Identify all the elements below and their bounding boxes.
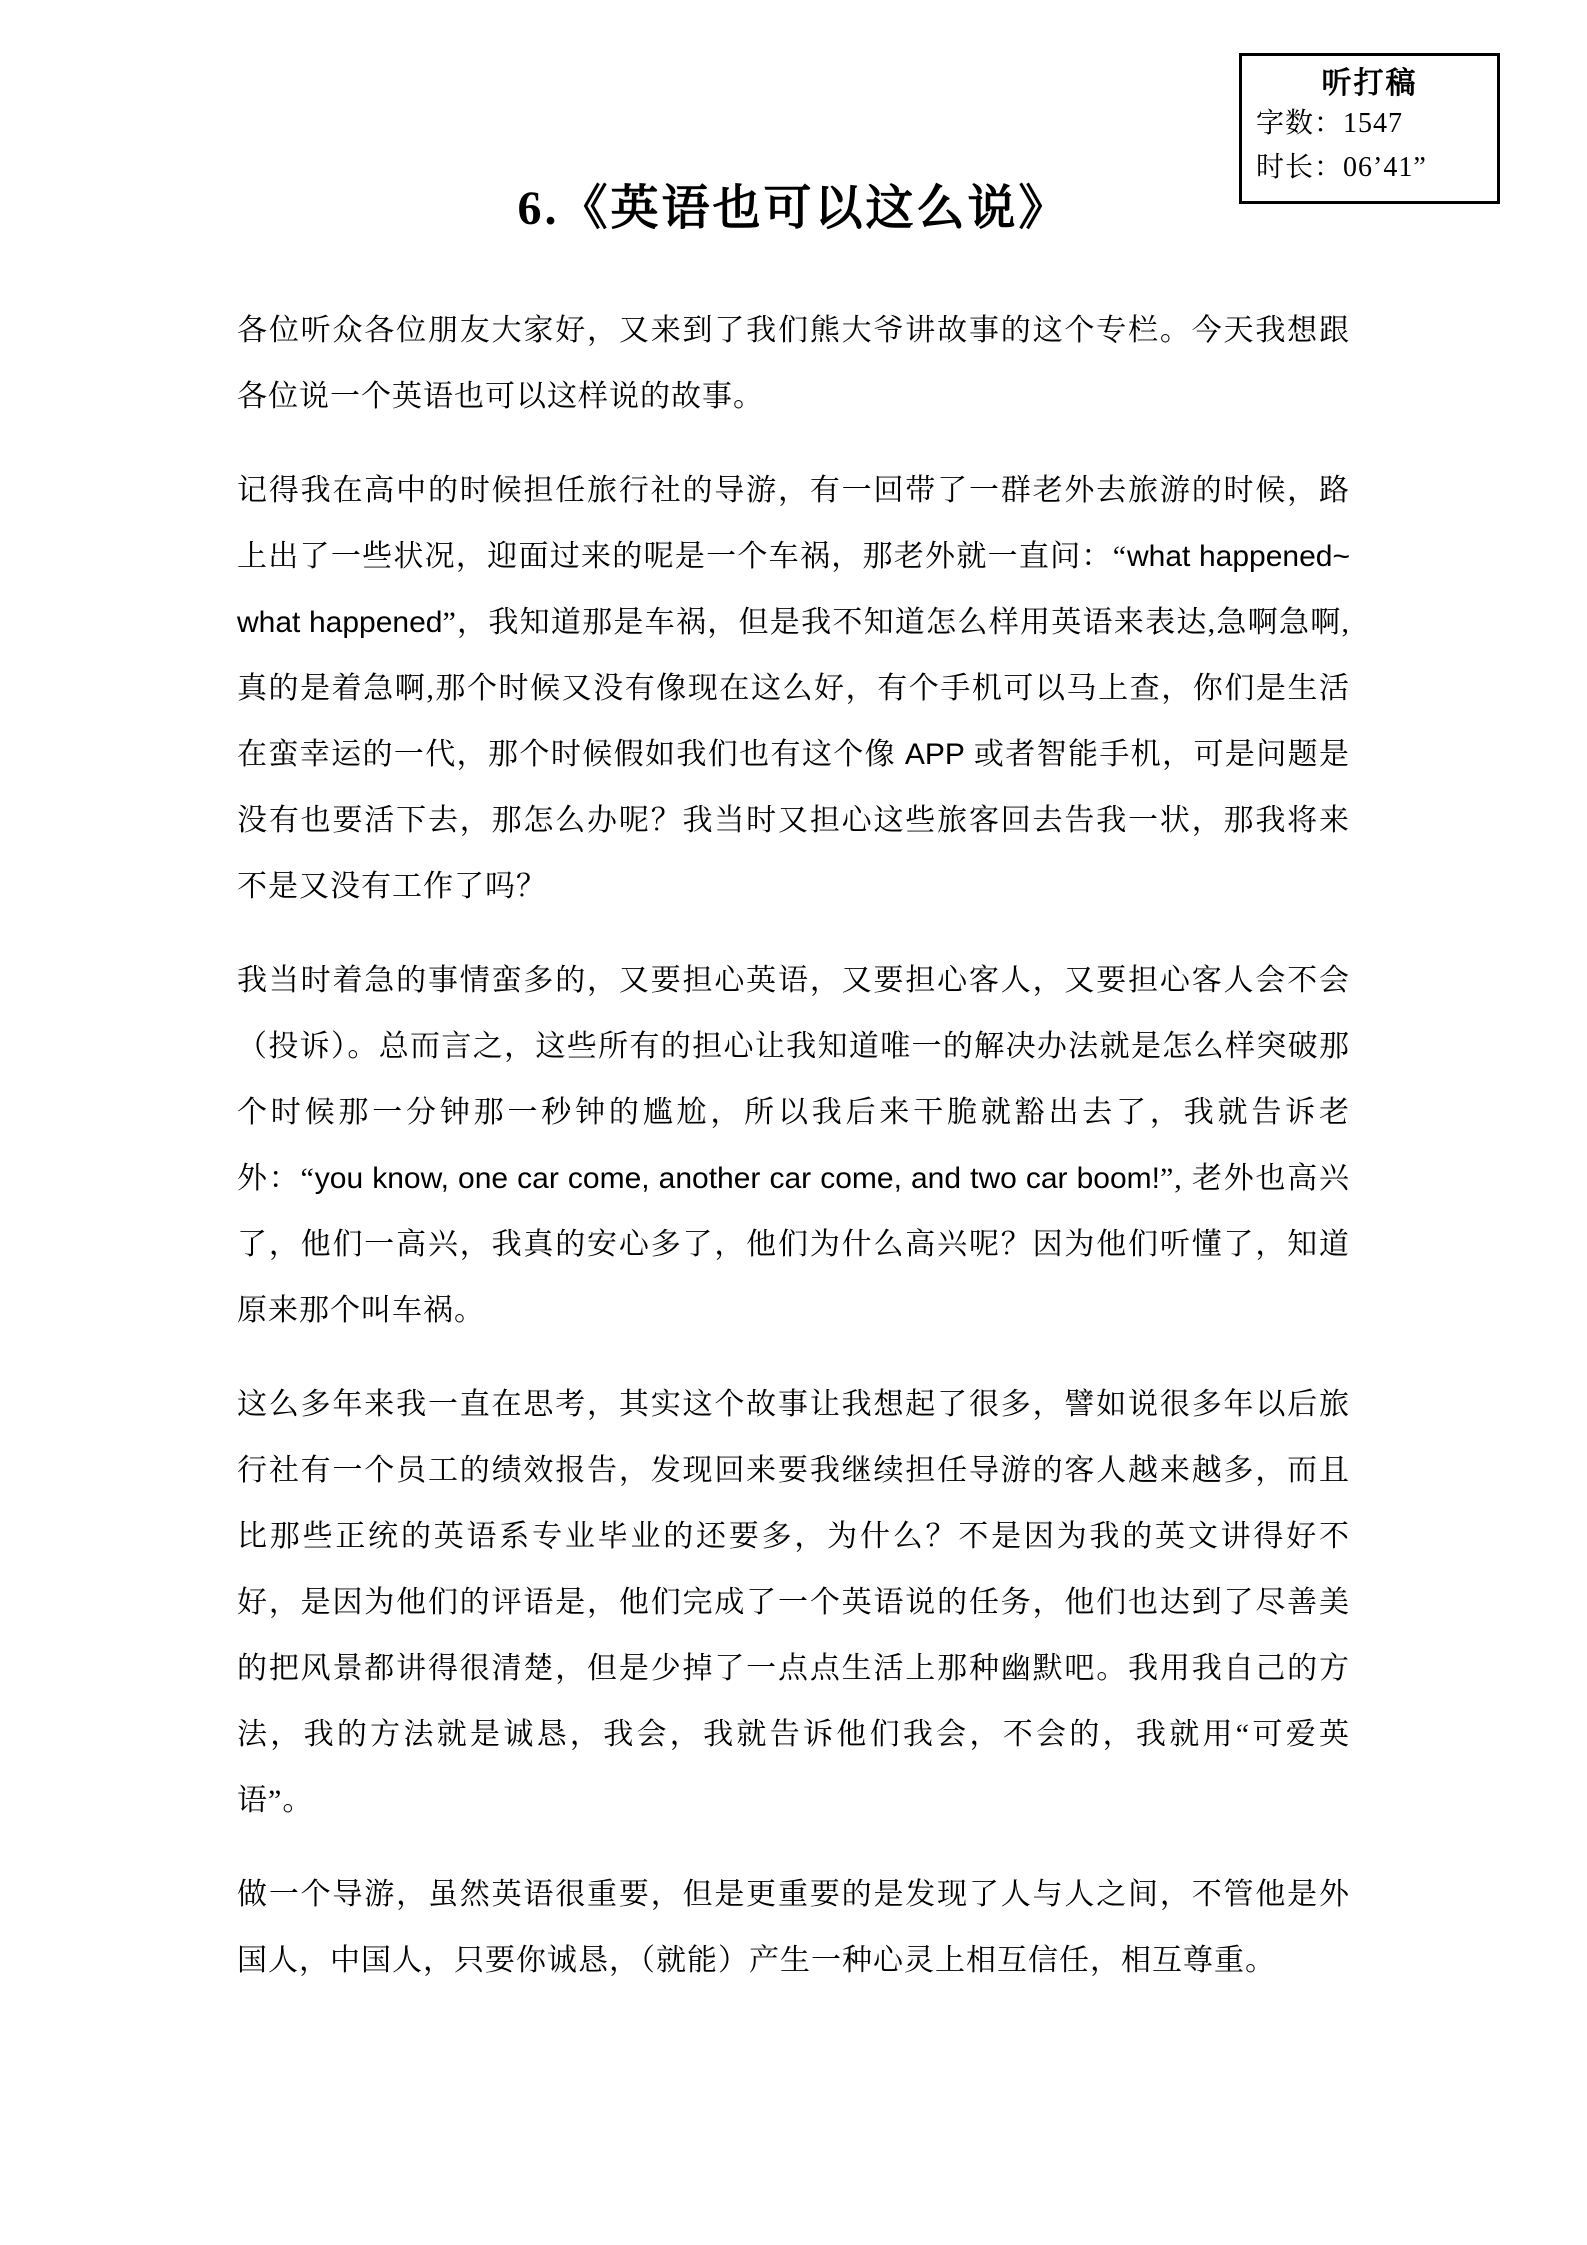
paragraph-5: 做一个导游，虽然英语很重要，但是更重要的是发现了人与人之间，不管他是外国人，中国…: [237, 1862, 1350, 1994]
transcript-info-title: 听打稿: [1256, 66, 1483, 102]
page-title: 6.《英语也可以这么说》: [237, 178, 1350, 240]
paragraph-4: 这么多年来我一直在思考，其实这个故事让我想起了很多，譬如说很多年以后旅行社有一个…: [237, 1372, 1350, 1834]
document-body: 6.《英语也可以这么说》 各位听众各位朋友大家好，又来到了我们熊大爷讲故事的这个…: [237, 178, 1350, 2022]
paragraph-1: 各位听众各位朋友大家好，又来到了我们熊大爷讲故事的这个专栏。今天我想跟各位说一个…: [237, 298, 1350, 430]
word-count: 字数：1547: [1256, 102, 1483, 146]
paragraph-2: 记得我在高中的时候担任旅行社的导游，有一回带了一群老外去旅游的时候，路上出了一些…: [237, 458, 1350, 920]
paragraph-3: 我当时着急的事情蛮多的，又要担心英语，又要担心客人，又要担心客人会不会（投诉）。…: [237, 948, 1350, 1344]
document-page: 听打稿 字数：1547 时长：06’41” 6.《英语也可以这么说》 各位听众各…: [0, 0, 1587, 2245]
